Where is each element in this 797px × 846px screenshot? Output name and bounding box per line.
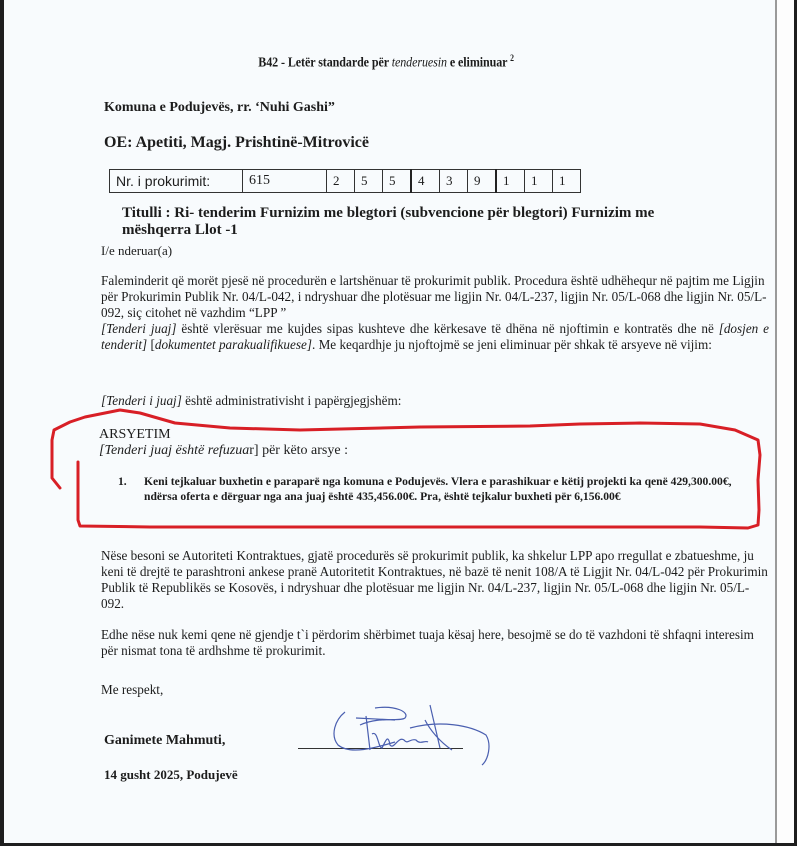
- closing: Me respekt,: [101, 682, 163, 698]
- tender-title-line: mëshqerra Llot -1: [122, 222, 722, 239]
- evaluation-paragraph: [Tenderi juaj] është vlerësuar me kujdes…: [101, 321, 769, 353]
- procurement-digit: 9: [468, 170, 497, 193]
- non-responsive-statement: [Tenderi i juaj] është administrativisht…: [101, 393, 769, 409]
- procurement-digit: 1: [553, 170, 581, 193]
- tender-title: Titulli : Ri- tenderim Furnizim me blegt…: [122, 205, 722, 239]
- procurement-number: 615: [243, 170, 327, 193]
- reason-list-item: 1. Keni tejkaluar buxhetin e paraparë ng…: [118, 474, 743, 504]
- procurement-number-table: Nr. i prokurimit: 615 2 5 5 4 3 9 1 1 1: [109, 169, 581, 193]
- complaint-rights-paragraph: Nëse besoni se Autoriteti Kontraktues, g…: [101, 548, 769, 612]
- italic-phrase: dokumentet parakualifikuese]: [155, 337, 312, 352]
- procurement-digit: 2: [327, 170, 355, 193]
- procurement-label: Nr. i prokurimit:: [110, 170, 243, 193]
- letter-form-heading: B42 - Letër standarde për tenderuesin e …: [59, 53, 713, 72]
- italic-phrase: [Tenderi i juaj]: [101, 393, 182, 408]
- signer-name: Ganimete Mahmuti,: [104, 733, 225, 749]
- tender-title-line: Titulli : Ri- tenderim Furnizim me blegt…: [122, 205, 722, 222]
- heading-suffix: e eliminuar: [447, 56, 510, 71]
- salutation: I/e nderuar(a): [101, 243, 172, 259]
- reason-text: Keni tejkaluar buxhetin e paraparë nga k…: [144, 474, 743, 504]
- heading-italic: tenderuesin: [392, 56, 447, 71]
- heading-text: B42 - Letër standarde për: [258, 56, 391, 71]
- reason-number: 1.: [118, 474, 144, 504]
- procurement-digit: 5: [355, 170, 383, 193]
- text: [: [147, 337, 155, 352]
- date-place: 14 gusht 2025, Podujevë: [104, 767, 238, 783]
- text: është administrativisht i papërgjegjshëm…: [182, 393, 402, 408]
- procurement-digit: 4: [411, 170, 440, 193]
- text: r] për këto arsye :: [249, 443, 348, 458]
- text: është vlerësuar me kujdes sipas kushteve…: [176, 321, 718, 336]
- scanned-letter-page: B42 - Letër standarde për tenderuesin e …: [4, 0, 775, 843]
- text: . Me keqardhje ju njoftojmë se jeni elim…: [312, 337, 712, 352]
- italic-phrase: [Tenderi juaj]: [101, 321, 176, 336]
- intro-paragraph: Faleminderit që morët pjesë në procedurë…: [101, 273, 769, 321]
- contracting-authority-address: Komuna e Podujevës, rr. ‘Nuhi Gashi”: [104, 100, 335, 116]
- signature-line: [298, 748, 463, 749]
- italic-phrase: [Tenderi juaj është refuzua: [99, 443, 249, 458]
- procurement-digit: 5: [383, 170, 412, 193]
- scan-margin: [777, 0, 794, 843]
- footnote-marker: 2: [510, 53, 514, 63]
- reasoning-section: ARSYETIM [Tenderi juaj është refuzuar] p…: [99, 427, 348, 459]
- reasoning-intro: [Tenderi juaj është refuzuar] për këto a…: [99, 443, 348, 459]
- procurement-digit: 3: [440, 170, 468, 193]
- procurement-digit: 1: [525, 170, 553, 193]
- future-interest-paragraph: Edhe nëse nuk kemi qene në gjendje t`i p…: [101, 627, 769, 659]
- reasoning-heading: ARSYETIM: [99, 427, 348, 443]
- procurement-digit: 1: [496, 170, 525, 193]
- economic-operator: OE: Apetiti, Magj. Prishtinë-Mitrovicë: [104, 134, 369, 152]
